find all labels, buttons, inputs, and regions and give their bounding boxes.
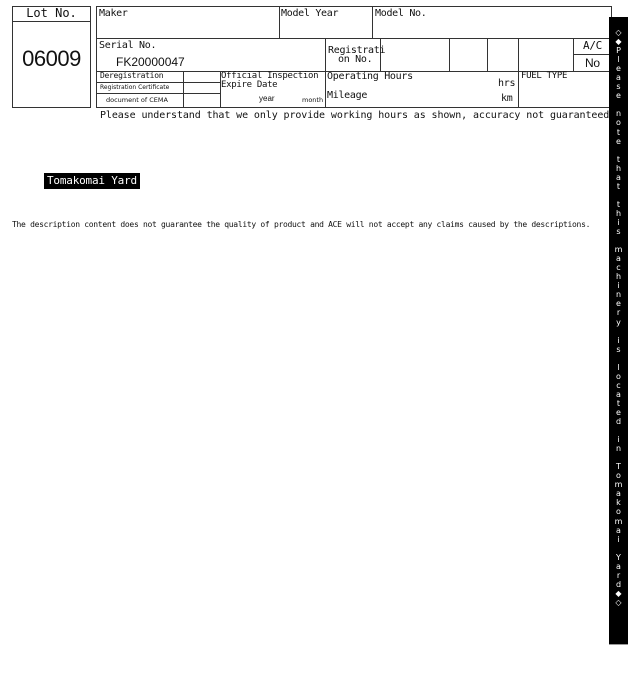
banner-char: ◆ — [609, 589, 628, 598]
registration-label-line2: on No. — [338, 54, 372, 66]
banner-char: c — [609, 381, 628, 390]
banner-char: a — [609, 489, 628, 498]
banner-char: a — [609, 73, 628, 82]
banner-char: a — [609, 254, 628, 263]
banner-char: o — [609, 118, 628, 127]
banner-char: e — [609, 91, 628, 100]
banner-char: i — [609, 281, 628, 290]
year-label: year — [259, 94, 275, 104]
banner-char: c — [609, 263, 628, 272]
banner-char: l — [609, 55, 628, 64]
banner-char: h — [609, 164, 628, 173]
banner-char — [609, 100, 628, 109]
banner-char: n — [609, 444, 628, 453]
banner-char: a — [609, 390, 628, 399]
banner-char: m — [609, 517, 628, 526]
registration-certificate-label: Registration Certificate — [100, 84, 169, 92]
banner-char — [609, 426, 628, 435]
banner-char: i — [609, 535, 628, 544]
banner-char: t — [609, 182, 628, 191]
banner-char: t — [609, 200, 628, 209]
model-year-label: Model Year — [281, 8, 338, 20]
banner-char: h — [609, 272, 628, 281]
row-divider — [97, 93, 220, 94]
banner-char: e — [609, 137, 628, 146]
cema-label: document of CEMA — [106, 96, 168, 104]
mileage-label: Mileage — [327, 90, 367, 102]
row-divider — [97, 82, 220, 83]
banner-char: o — [609, 507, 628, 516]
col-divider — [518, 38, 519, 108]
col-divider — [487, 38, 488, 71]
banner-char: m — [609, 245, 628, 254]
banner-char: ◇ — [609, 28, 628, 37]
col-divider — [573, 38, 574, 71]
col-divider — [449, 38, 450, 71]
banner-char: t — [609, 399, 628, 408]
banner-char — [609, 354, 628, 363]
lot-label: Lot No. — [12, 7, 91, 20]
yard-location-tag: Tomakomai Yard — [44, 173, 140, 189]
row-divider — [573, 54, 612, 55]
banner-char — [609, 236, 628, 245]
banner-char: i — [609, 336, 628, 345]
row-divider — [97, 38, 612, 39]
maker-label: Maker — [99, 8, 128, 20]
banner-char — [609, 544, 628, 553]
serial-label: Serial No. — [99, 40, 156, 52]
banner-char: y — [609, 318, 628, 327]
banner-char: r — [609, 571, 628, 580]
banner-char: n — [609, 290, 628, 299]
month-label: month — [302, 96, 323, 104]
lot-number: 06009 — [12, 46, 91, 72]
banner-char: d — [609, 580, 628, 589]
banner-char: a — [609, 562, 628, 571]
location-banner: ◇◆Please note that this machinery is loc… — [609, 17, 628, 645]
banner-char: P — [609, 46, 628, 55]
banner-char: d — [609, 417, 628, 426]
banner-char: o — [609, 372, 628, 381]
description-disclaimer: The description content does not guarant… — [12, 220, 590, 230]
banner-char — [609, 146, 628, 155]
ac-value: No — [585, 56, 600, 70]
banner-char: s — [609, 345, 628, 354]
banner-char: k — [609, 498, 628, 507]
fuel-type-label: FUEL TYPE — [521, 71, 567, 81]
model-no-label: Model No. — [375, 8, 427, 20]
banner-char — [609, 327, 628, 336]
location-banner-text: ◇◆Please note that this machinery is loc… — [609, 28, 628, 607]
banner-char: o — [609, 471, 628, 480]
banner-char: l — [609, 363, 628, 372]
inspection-label-line2: Expire Date — [221, 80, 277, 90]
banner-char: h — [609, 209, 628, 218]
banner-char: e — [609, 299, 628, 308]
banner-char: t — [609, 128, 628, 137]
hours-unit: hrs — [498, 78, 515, 90]
banner-char: a — [609, 526, 628, 535]
banner-char: i — [609, 435, 628, 444]
working-hours-notice: Please understand that we only provide w… — [100, 110, 615, 122]
ac-label: A/C — [583, 40, 602, 52]
banner-char: s — [609, 227, 628, 236]
banner-char: Y — [609, 553, 628, 562]
banner-char: e — [609, 408, 628, 417]
banner-char: t — [609, 155, 628, 164]
operating-hours-label: Operating Hours — [327, 71, 413, 83]
banner-char: ◇ — [609, 598, 628, 607]
col-divider — [325, 38, 326, 108]
banner-char — [609, 191, 628, 200]
deregistration-label: Deregistration — [100, 71, 163, 81]
banner-char: m — [609, 480, 628, 489]
banner-char: ◆ — [609, 37, 628, 46]
mileage-unit: km — [501, 93, 512, 105]
banner-char: i — [609, 218, 628, 227]
col-divider — [372, 7, 373, 38]
serial-value: FK20000047 — [116, 55, 185, 69]
banner-char: a — [609, 173, 628, 182]
banner-char: s — [609, 82, 628, 91]
banner-char: T — [609, 462, 628, 471]
col-divider — [279, 7, 280, 38]
banner-char: e — [609, 64, 628, 73]
banner-char: n — [609, 109, 628, 118]
banner-char: r — [609, 308, 628, 317]
col-divider — [183, 71, 184, 108]
banner-char — [609, 453, 628, 462]
